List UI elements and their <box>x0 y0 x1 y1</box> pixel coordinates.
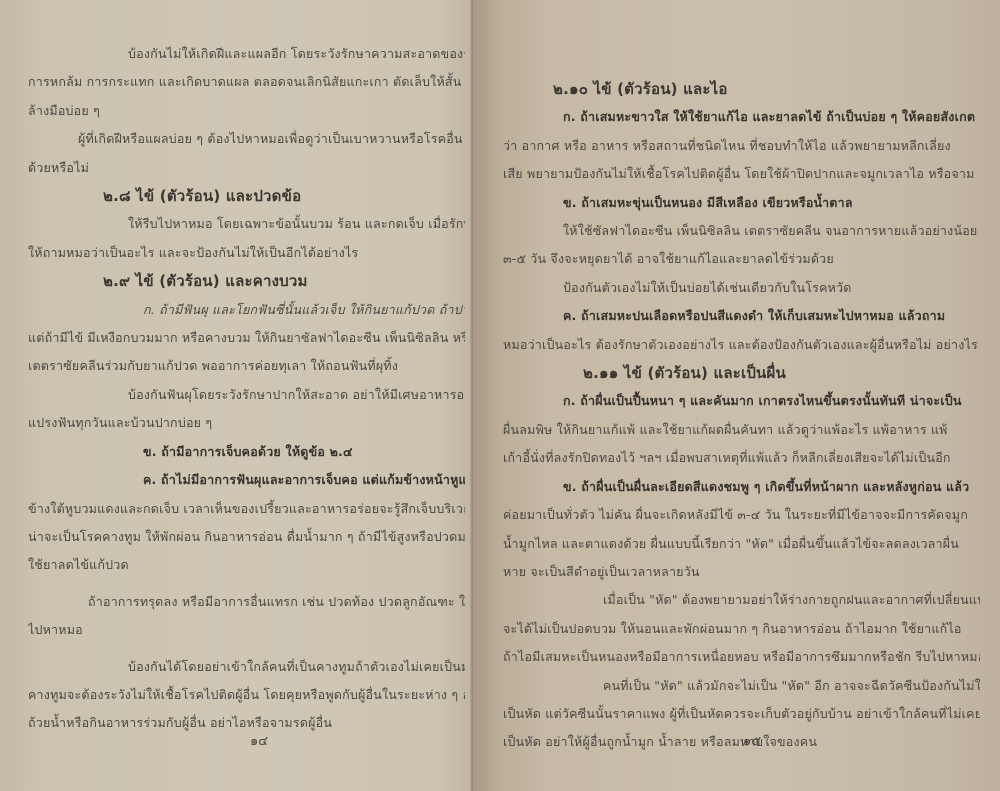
text-line: ไปหาหมอ <box>28 616 465 644</box>
text-line: ให้รีบไปหาหมอ โดยเฉพาะข้อนั้นบวม ร้อน แล… <box>28 210 465 238</box>
text-line: ถ้วยน้ำหรือกินอาหารร่วมกับผู้อื่น อย่าไอ… <box>28 709 465 737</box>
text-line: ให้ถามหมอว่าเป็นอะไร และจะป้องกันไม่ให้เ… <box>28 239 465 267</box>
text-line: ถ้าไอมีเสมหะเป็นหนองหรือมีอาการเหนื่อยหอ… <box>503 643 980 671</box>
section-heading-2-10: ๒.๑๐ ไข้ (ตัวร้อน) และไอ <box>503 75 980 103</box>
text-line: ป้องกันตัวเองไม่ให้เป็นบ่อยได้เช่นเดียวก… <box>503 274 980 302</box>
section-heading-2-11: ๒.๑๑ ไข้ (ตัวร้อน) และเป็นผื่น <box>503 359 980 387</box>
text-line: ด้วยหรือไม่ <box>28 154 465 182</box>
text-line: ถ้าอาการทรุดลง หรือมีอาการอื่นแทรก เช่น … <box>28 588 465 616</box>
text-line: ผื่นลมพิษ ให้กินยาแก้แพ้ และใช้ยาแก้ผดผื… <box>503 416 980 444</box>
text-line: ให้ใช้ซัลฟาไดอะซีน เพ็นนิซิลลิน เตตราซัย… <box>503 217 980 245</box>
text-line: การหกล้ม การกระแทก และเกิดบาดแผล ตลอดจนเ… <box>28 68 465 96</box>
text-line: หาย จะเป็นสีดำอยู่เป็นเวลาหลายวัน <box>503 558 980 586</box>
text-line: เมื่อเป็น "หัด" ต้องพยายามอย่าให้ร่างกาย… <box>503 586 980 614</box>
text-line: ก. ถ้ามีฟันผุ และโยกฟันซี่นั้นแล้วเจ็บ ใ… <box>28 296 465 324</box>
text-line: เป็นหัด แต่วัคซีนนั้นราคาแพง ผู้ที่เป็นห… <box>503 700 980 728</box>
sub-heading: ข. ถ้าเสมหะขุ่นเป็นหนอง มีสีเหลือง เขียว… <box>503 189 980 217</box>
sub-heading: ข. ถ้าผื่นเป็นผื่นละเอียดสีแดงชมพู ๆ เกิ… <box>503 473 980 501</box>
text-line: บ้องกันไม่ให้เกิดฝีและแผลอีก โดยระวังรัก… <box>28 40 465 68</box>
text-line: คางทูมจะต้องระวังไม่ให้เชื้อโรคไปติดผู้อ… <box>28 681 465 709</box>
text-line: แปรงฟันทุกวันและบ้วนปากบ่อย ๆ <box>28 409 465 437</box>
text-line: ๓-๕ วัน จึงจะหยุดยาได้ อาจใช้ยาแก้ไอและย… <box>503 245 980 273</box>
text-line: จะได้ไม่เป็นปอดบวม ให้นอนและพักผ่อนมาก ๆ… <box>503 615 980 643</box>
text-line: น้ำมูกไหล และตาแดงด้วย ผื่นแบบนี้เรียกว่… <box>503 530 980 558</box>
section-heading-2-9: ๒.๙ ไข้ (ตัวร้อน) และคางบวม <box>28 267 465 295</box>
text-line: ล้างมือบ่อย ๆ <box>28 97 465 125</box>
right-page: ๒.๑๐ ไข้ (ตัวร้อน) และไอ ก. ถ้าเสมหะขาวใ… <box>473 0 1000 791</box>
sub-heading: ค. ถ้าไม่มีอาการฟันผุและอาการเจ็บคอ แต่แ… <box>28 466 465 494</box>
text-line: เป็นหัด อย่าให้ผู้อื่นถูกน้ำมูก น้ำลาย ห… <box>503 728 980 756</box>
text-line: ข้างใต้หูบวมแดงและกดเจ็บ เวลาเห็นของเปรี… <box>28 495 465 523</box>
text-line: บ้องกันฟันผุโดยระวังรักษาปากให้สะอาด อย่… <box>28 381 465 409</box>
left-page: บ้องกันไม่ให้เกิดฝีและแผลอีก โดยระวังรัก… <box>0 0 473 791</box>
page-number: ๑๕ <box>743 730 761 751</box>
text-line: คนที่เป็น "หัด" แล้วมักจะไม่เป็น "หัด" อ… <box>503 672 980 700</box>
text-line: แต่ถ้ามีไข้ มีเหงือกบวมมาก หรือคางบวม ให… <box>28 324 465 352</box>
text-line: ผู้ที่เกิดฝีหรือแผลบ่อย ๆ ต้องไปหาหมอเพื… <box>28 125 465 153</box>
sub-heading: ค. ถ้าเสมหะปนเลือดหรือปนสีแดงดำ ให้เก็บเ… <box>503 302 980 330</box>
section-heading-2-8: ๒.๘ ไข้ (ตัวร้อน) และปวดข้อ <box>28 182 465 210</box>
text-line: ค่อยมาเป็นทั่วตัว ไม่คัน ผื่นจะเกิดหลังม… <box>503 501 980 529</box>
text-line: เตตราซัยคลีนร่วมกับยาแก้ปวด พออาการค่อยท… <box>28 352 465 380</box>
text-line: เสีย พยายามป้องกันไม่ให้เชื้อโรคไปติดผู้… <box>503 160 980 188</box>
text-line: ก. ถ้าเสมหะขาวใส ให้ใช้ยาแก้ไอ และยาลดไข… <box>503 103 980 131</box>
sub-heading: ก. ถ้าผื่นเป็นปื้นหนา ๆ และคันมาก เกาตรง… <box>503 387 980 415</box>
text-line: เก้าอี้นั่งที่ลงรักปิดทองไว้ ฯลฯ เมื่อพบ… <box>503 444 980 472</box>
page-number: ๑๔ <box>250 730 268 751</box>
text-line: ว่า อากาศ หรือ อาหาร หรือสถานที่ชนิดไหน … <box>503 132 980 160</box>
text-line: บ้องกันได้โดยอย่าเข้าใกล้คนที่เป็นคางทูม… <box>28 653 465 681</box>
text-line: ใช้ยาลดไข้แก้ปวด <box>28 551 465 579</box>
text-line: น่าจะเป็นโรคคางทูม ให้พักผ่อน กินอาหารอ่… <box>28 523 465 551</box>
sub-heading: ข. ถ้ามีอาการเจ็บคอด้วย ให้ดูข้อ ๒.๔ <box>28 438 465 466</box>
text-line: หมอว่าเป็นอะไร ต้องรักษาตัวเองอย่างไร แล… <box>503 331 980 359</box>
book-spread: บ้องกันไม่ให้เกิดฝีและแผลอีก โดยระวังรัก… <box>0 0 1000 791</box>
